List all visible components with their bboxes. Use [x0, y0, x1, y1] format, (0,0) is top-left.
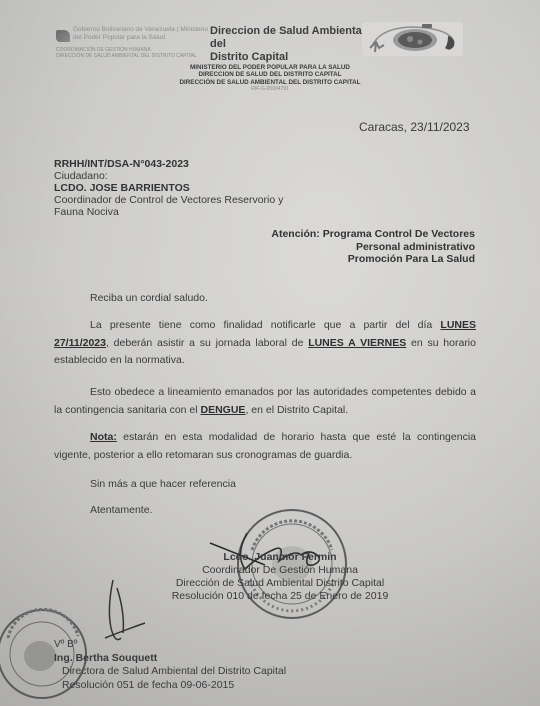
ministry-header: MINISTERIO DEL PODER POPULAR PARA LA SAL…	[130, 64, 410, 93]
ministry-rif: RIF-G-20004791	[130, 86, 410, 93]
letterhead-government-line: Gobierno Bolivariano de Venezuela | Mini…	[73, 26, 213, 42]
government-flag-icon	[56, 30, 70, 42]
approver-name: Ing. Bertha Souquett	[40, 652, 270, 666]
letterhead-title-line2: Distrito Capital	[210, 51, 380, 64]
note-paragraph: Nota: estarán en esta modalidad de horar…	[54, 429, 476, 464]
approval-signature-block: Vº Bº Ing. Bertha Souquett Directora de …	[40, 638, 270, 692]
notification-text-1: La presente tiene como finalidad notific…	[90, 319, 440, 331]
approver-resolution: Resolución 051 de fecha 09-06-2015	[40, 679, 270, 693]
note-text: estarán en esta modalidad de horario has…	[54, 431, 476, 461]
attention-line2: Personal administrativo	[240, 241, 475, 254]
reference-number: RRHH/INT/DSA-N°043-2023	[54, 158, 189, 170]
greeting-paragraph: Reciba un cordial saludo.	[54, 290, 476, 308]
recipient-position-line1: Coordinador de Control de Vectores Reser…	[54, 194, 314, 206]
schedule-days-emphasis: LUNES A VIERNES	[308, 337, 406, 349]
ministry-line1: MINISTERIO DEL PODER POPULAR PARA LA SAL…	[130, 64, 410, 71]
attention-block: Atención: Programa Control De Vectores P…	[240, 228, 475, 266]
signer-title: Coordinador De Gestión Humana	[150, 564, 410, 577]
recipient-position-line2: Fauna Nociva	[54, 206, 314, 218]
closing-text: Sin más a que hacer referencia	[90, 478, 236, 490]
signer-resolution: Resolución 010 de fecha 25 de Enero de 2…	[150, 590, 410, 603]
attention-line3: Promoción Para La Salud	[240, 253, 475, 266]
notification-text-2: , deberán asistir a su jornada laboral d…	[106, 337, 308, 349]
main-signature-block: Lcdo. Juanmor Fermin Coordinador De Gest…	[150, 551, 410, 603]
note-label: Nota:	[90, 431, 117, 443]
ministry-line2: DIRECCION DE SALUD DEL DISTRITO CAPITAL	[130, 71, 410, 78]
letterhead-coordination-subline: Dirección de Salud Ambiental del Distrit…	[56, 53, 226, 59]
dengue-emphasis: DENGUE	[201, 404, 246, 416]
sign-off-text: Atentamente.	[90, 504, 152, 516]
reason-text-2: , en el Distrito Capital.	[245, 404, 348, 416]
letterhead-title-line1: Direccion de Salud Ambiental del	[210, 25, 380, 51]
document-date: Caracas, 23/11/2023	[359, 120, 470, 134]
recipient-salutation: Ciudadano:	[54, 170, 314, 182]
signer-department: Dirección de Salud Ambiental Distrito Ca…	[150, 577, 410, 590]
document-page: Gobierno Bolivariano de Venezuela | Mini…	[0, 0, 540, 706]
sign-off: Atentamente.	[54, 502, 476, 520]
health-program-logo-icon	[360, 20, 465, 58]
approver-title: Directora de Salud Ambiental del Distrit…	[40, 665, 270, 679]
approval-vb-mark: Vº Bº	[40, 638, 270, 652]
letterhead-title: Direccion de Salud Ambiental del Distrit…	[210, 25, 380, 64]
greeting-text: Reciba un cordial saludo.	[90, 292, 208, 304]
reason-paragraph: Esto obedece a lineamiento emanados por …	[54, 384, 476, 419]
notification-paragraph: La presente tiene como finalidad notific…	[54, 317, 476, 370]
recipient-block: Ciudadano: LCDO. JOSE BARRIENTOS Coordin…	[54, 170, 314, 218]
signer-name: Lcdo. Juanmor Fermin	[150, 551, 410, 564]
ministry-line3: DIRECCIÓN DE SALUD AMBIENTAL DEL DISTRIT…	[130, 79, 410, 86]
closing-paragraph: Sin más a que hacer referencia	[54, 476, 476, 494]
attention-line1: Atención: Programa Control De Vectores	[240, 228, 475, 241]
recipient-name: LCDO. JOSE BARRIENTOS	[54, 182, 314, 194]
letterhead-coordination: Coordinación de Gestión Humana Dirección…	[56, 47, 226, 59]
